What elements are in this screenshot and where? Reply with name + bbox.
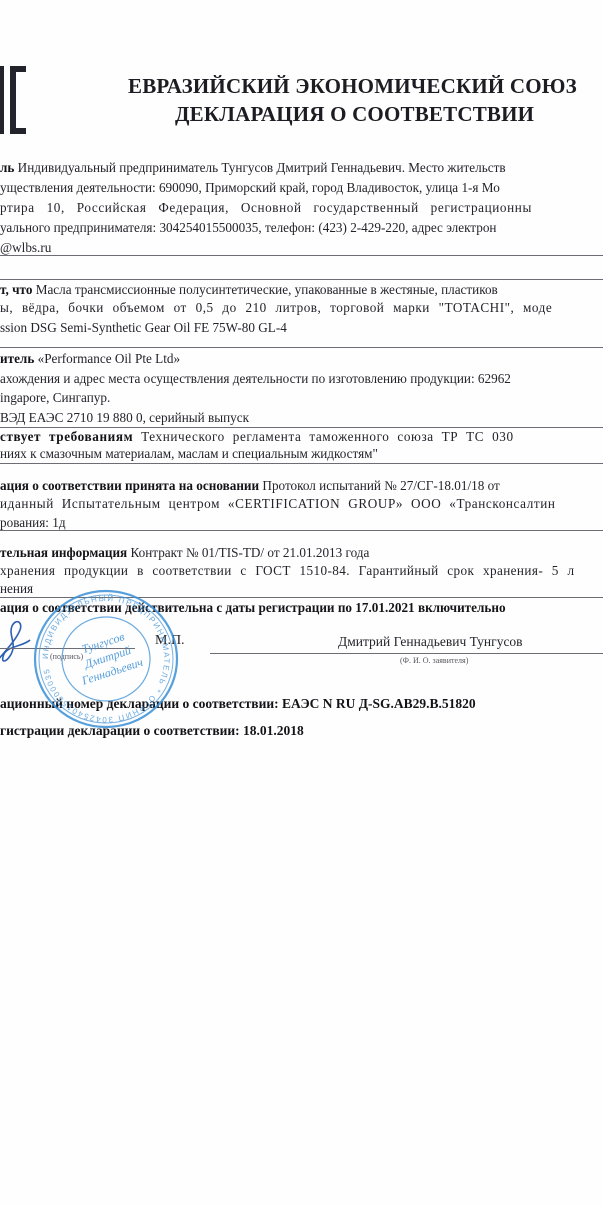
applicant-name: Дмитрий Геннадьевич Тунгусов <box>338 634 523 650</box>
manufacturer-line-4: ВЭД ЕАЭС 2710 19 880 0, серийный выпуск <box>0 410 249 426</box>
divider <box>0 255 603 256</box>
manufacturer-line-3: ingapore, Сингапур. <box>0 390 110 406</box>
divider <box>0 463 603 464</box>
name-caption: (Ф. И. О. заявителя) <box>400 656 468 665</box>
additional-label: тельная информация <box>0 545 127 560</box>
basis-line-3: рования: 1д <box>0 515 66 531</box>
divider <box>0 597 603 598</box>
divider <box>0 279 603 280</box>
divider <box>0 347 603 348</box>
divider <box>0 530 603 531</box>
declares-label: т, что <box>0 282 32 297</box>
declares-line-2: ы, вёдра, бочки объемом от 0,5 до 210 ли… <box>0 300 552 316</box>
basis-label: ация о соответствии принята на основании <box>0 478 259 493</box>
conforms-line-1: ствует требованиям Технического регламен… <box>0 429 514 445</box>
conforms-label: ствует требованиям <box>0 429 133 444</box>
union-title: ЕВРАЗИЙСКИЙ ЭКОНОМИЧЕСКИЙ СОЮЗ <box>128 74 603 99</box>
svg-text:Тунгусов: Тунгусов <box>80 629 126 656</box>
manufacturer-line-1: итель «Performance Oil Pte Ltd» <box>0 351 180 367</box>
name-line <box>210 653 603 654</box>
eac-logo-icon <box>0 66 28 134</box>
applicant-line-5: @wlbs.ru <box>0 240 51 256</box>
registration-date-value: 18.01.2018 <box>240 723 304 738</box>
declaration-page: ЕВРАЗИЙСКИЙ ЭКОНОМИЧЕСКИЙ СОЮЗ ДЕКЛАРАЦИ… <box>0 0 603 1206</box>
registration-date: гистрации декларации о соответствии: 18.… <box>0 723 304 739</box>
declares-line-1: т, что Масла трансмиссионные полусинтети… <box>0 282 498 298</box>
svg-text:Геннадьевич: Геннадьевич <box>79 655 145 688</box>
manufacturer-line-2: ахождения и адрес места осуществления де… <box>0 371 511 387</box>
validity-statement: ация о соответствии действительна с даты… <box>0 600 506 616</box>
declaration-title: ДЕКЛАРАЦИЯ О СООТВЕТСТВИИ <box>175 102 603 127</box>
registration-number: ационный номер декларации о соответствии… <box>0 696 476 712</box>
applicant-line-2: уществления деятельности: 690090, Примор… <box>0 180 500 196</box>
signature-caption: (подпись) <box>50 652 83 661</box>
applicant-label: ль <box>0 160 14 175</box>
divider <box>0 427 603 428</box>
applicant-line-4: уального предпринимателя: 30425401550003… <box>0 220 496 236</box>
handwritten-signature-icon <box>0 610 46 670</box>
applicant-line-1: ль Индивидуальный предприниматель Тунгус… <box>0 160 506 176</box>
basis-line-2: иданный Испытательным центром «CERTIFICA… <box>0 496 556 512</box>
signature-line <box>0 648 135 649</box>
additional-line-1: тельная информация Контракт № 01/TIS-TD/… <box>0 545 369 561</box>
conforms-line-2: ниях к смазочным материалам, маслам и сп… <box>0 446 378 462</box>
basis-line-1: ация о соответствии принята на основании… <box>0 478 500 494</box>
manufacturer-label: итель <box>0 351 34 366</box>
declares-line-3: ssion DSG Semi-Synthetic Gear Oil FE 75W… <box>0 320 287 336</box>
registration-number-value: ЕАЭС N RU Д-SG.АВ29.В.51820 <box>279 696 476 711</box>
additional-line-3: нения <box>0 581 33 597</box>
additional-line-2: хранения продукции в соответствии с ГОСТ… <box>0 563 574 579</box>
applicant-line-3: ртира 10, Российская Федерация, Основной… <box>0 200 532 216</box>
seal-mark: М.П. <box>155 633 185 649</box>
